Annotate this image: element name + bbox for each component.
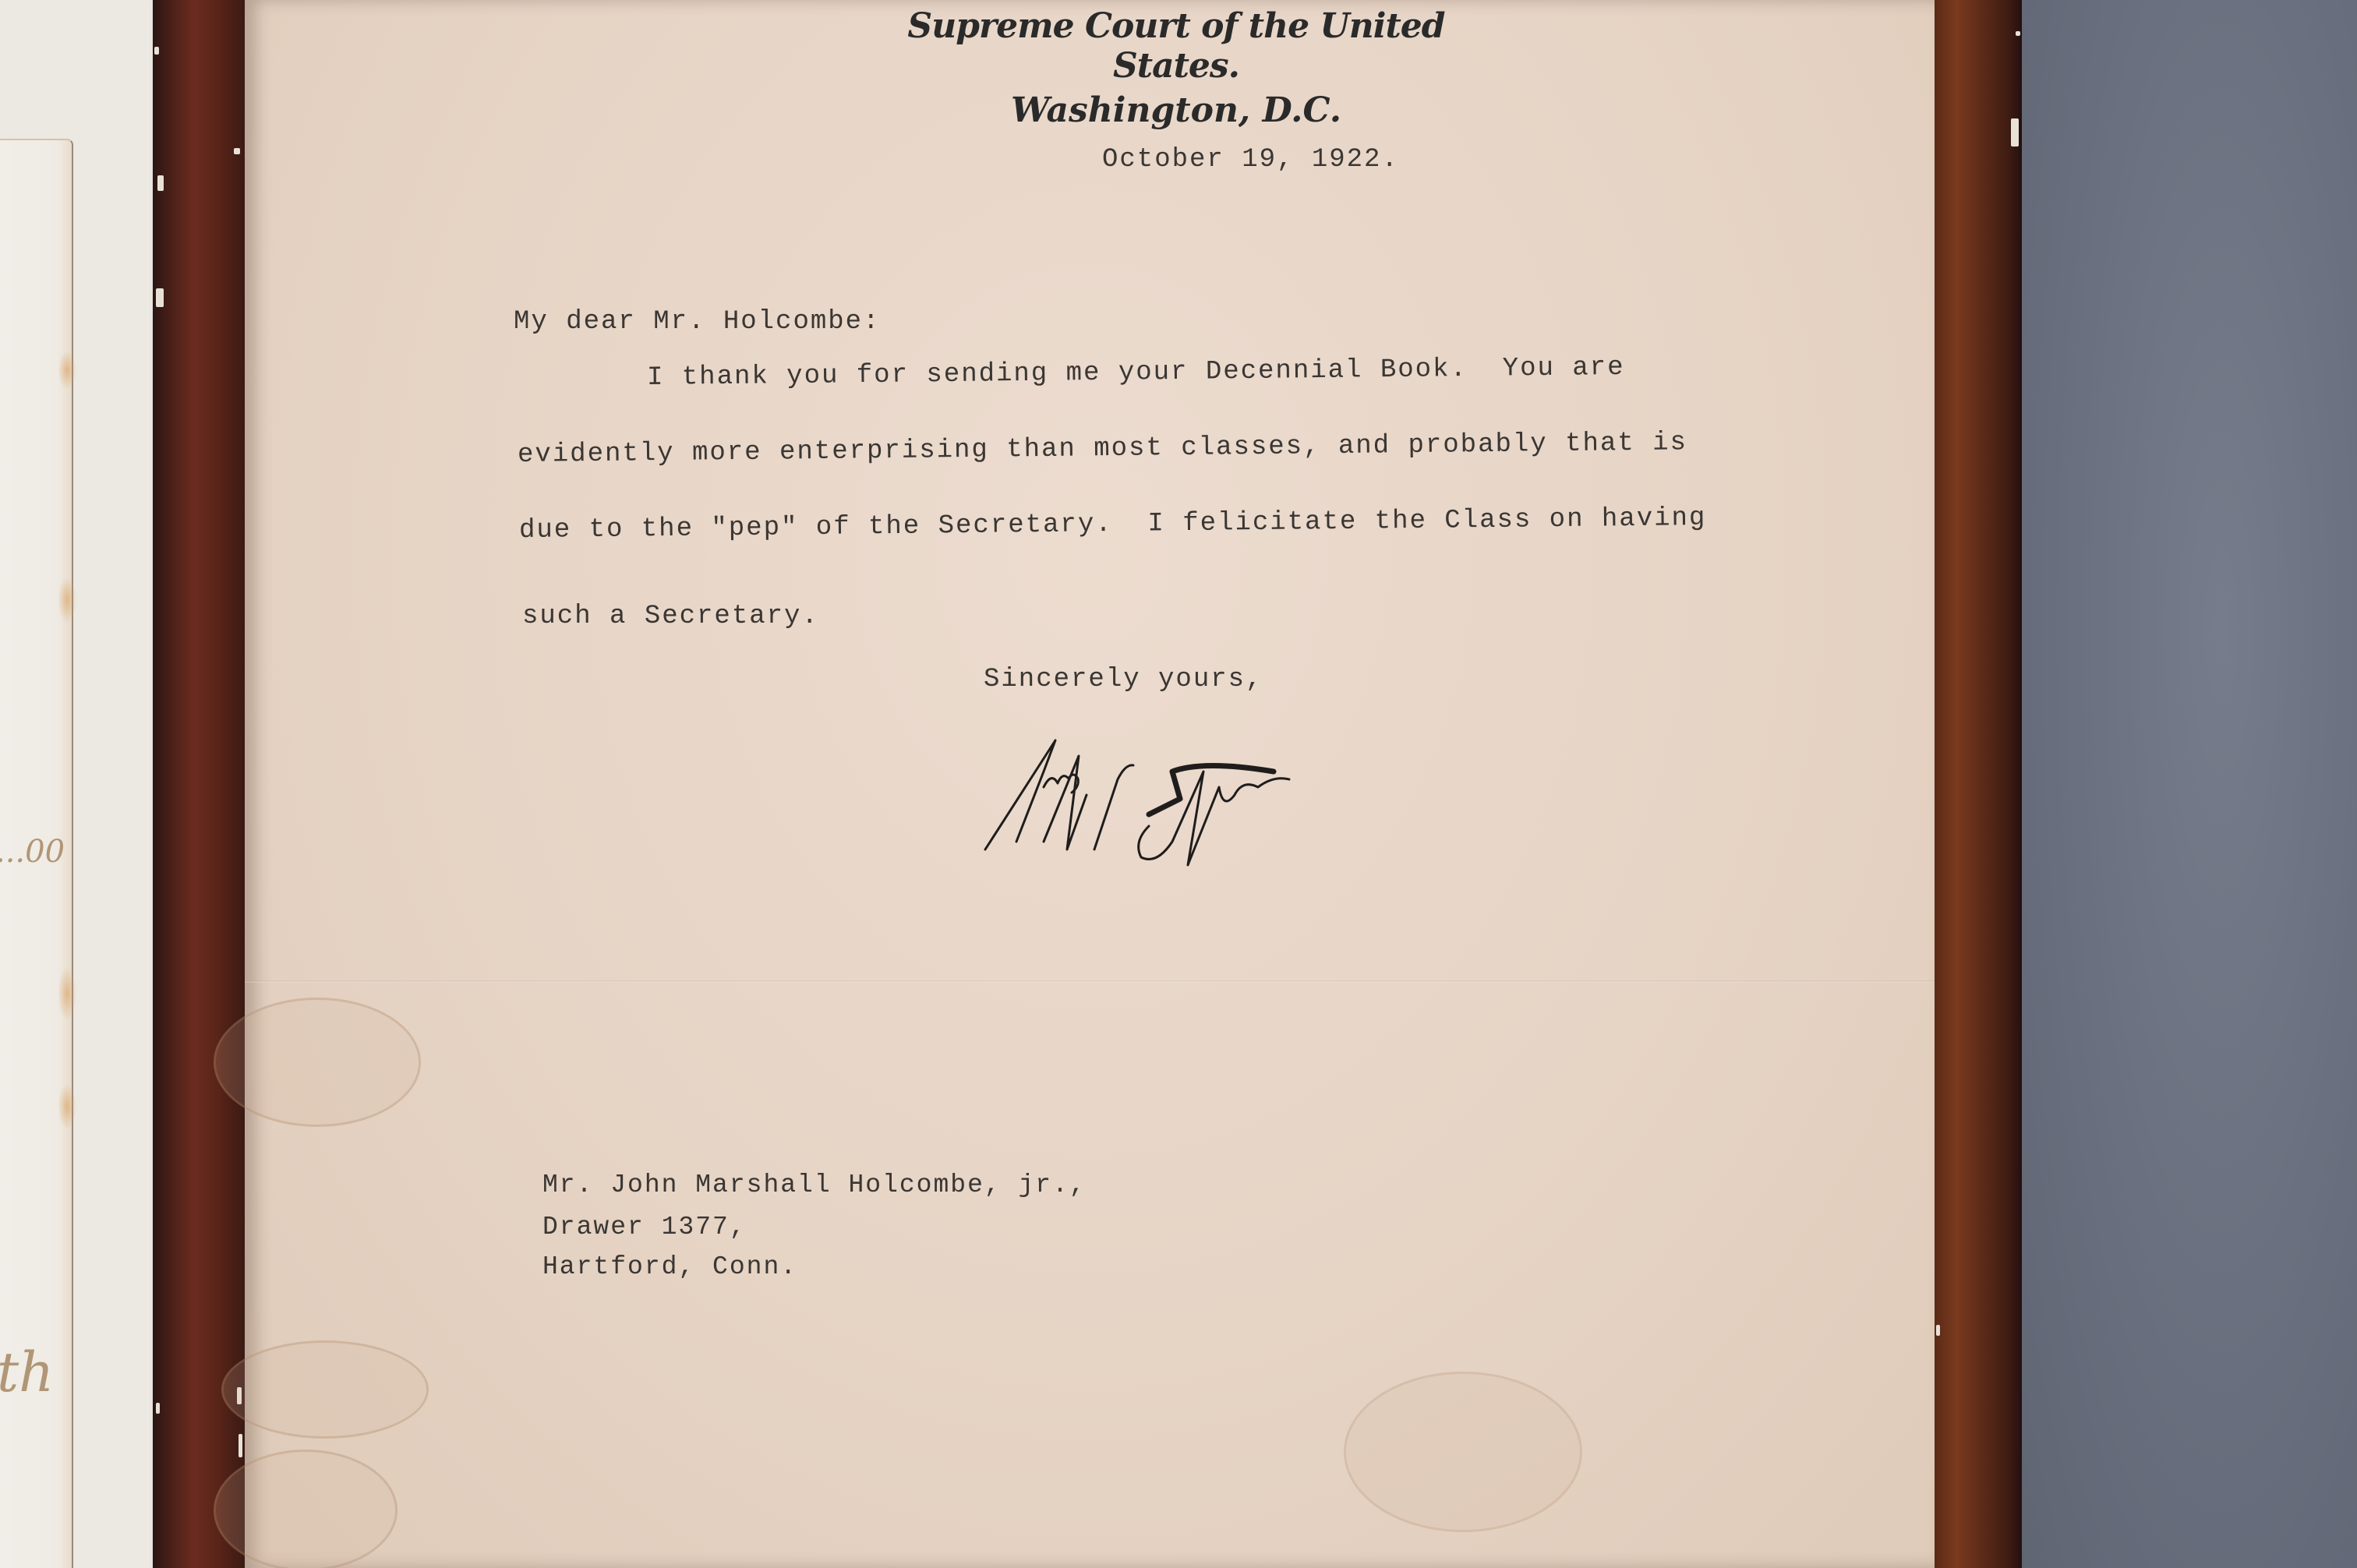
letterhead-court-name: Supreme Court of the United States. [845,6,1507,86]
letter-paper: Supreme Court of the United States. Wash… [245,0,1935,1568]
rust-stain [58,1083,76,1130]
recipient-address-line: Drawer 1377, [542,1213,747,1241]
rust-stain [58,577,76,623]
letterhead-city: Washington, D.C. [845,90,1507,130]
letter-body-line: such a Secretary. [522,602,819,631]
handwriting-fragment: ...00 [0,834,65,870]
recipient-name: Mr. John Marshall Holcombe, jr., [542,1171,1087,1199]
signature [970,725,1437,881]
frame-left-rail [153,0,245,1568]
water-stain [214,998,421,1127]
letter-body-line: I thank you for sending me your Decennia… [647,353,1625,393]
letter-body-line: due to the "pep" of the Secretary. I fel… [519,503,1707,546]
water-stain [1344,1372,1582,1532]
letter-salutation: My dear Mr. Holcombe: [514,307,880,337]
water-stain [221,1340,429,1439]
letter-body-line: evidently more enterprising than most cl… [518,428,1687,470]
rust-stain [58,966,76,1021]
signature-icon [970,725,1437,881]
frame-right-rail [1935,0,2022,1568]
left-mat-board: ...00 th [0,0,156,1568]
letterhead: Supreme Court of the United States. Wash… [845,6,1507,130]
water-stain [214,1450,398,1568]
rust-stain [58,351,76,390]
recipient-city: Hartford, Conn. [542,1252,797,1281]
letter-closing: Sincerely yours, [984,665,1263,694]
background-wall [2019,0,2357,1568]
left-aged-document: ...00 th [0,139,73,1568]
letter-date: October 19, 1922. [1102,145,1399,175]
paper-fold-line [245,980,1935,983]
handwriting-fragment: th [0,1340,54,1404]
